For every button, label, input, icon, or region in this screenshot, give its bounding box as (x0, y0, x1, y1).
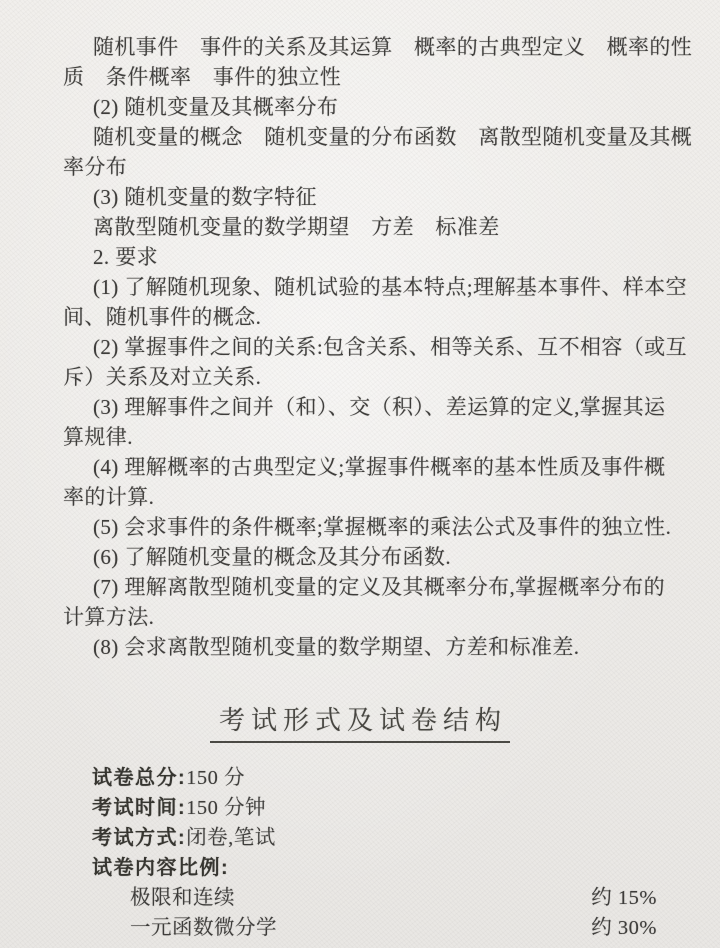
content-ratio-topic: 极限和连续 (130, 883, 235, 913)
body-line: 随机事件 事件的关系及其运算 概率的古典型定义 概率的性 (63, 32, 659, 62)
exam-info-label: 试卷总分: (92, 767, 186, 789)
exam-info-value: 闭卷,笔试 (186, 827, 276, 849)
body-line: (8) 会求离散型随机变量的数学期望、方差和标准差. (63, 632, 659, 662)
body-line: (7) 理解离散型随机变量的定义及其概率分布,掌握概率分布的 (63, 572, 659, 602)
exam-info-row: 考试方式:闭卷,笔试 (92, 823, 657, 853)
body-line: 率分布 (63, 152, 659, 182)
body-line: (4) 理解概率的古典型定义;掌握事件概率的基本性质及事件概 (63, 452, 659, 482)
body-line: 随机变量的概念 随机变量的分布函数 离散型随机变量及其概 (63, 122, 659, 152)
body-line: (5) 会求事件的条件概率;掌握概率的乘法公式及事件的独立性. (63, 512, 659, 542)
body-line: 质 条件概率 事件的独立性 (63, 62, 659, 92)
content-ratio-row: 一元函数微分学 约 30% (92, 913, 657, 943)
exam-info-value: 150 分钟 (186, 797, 266, 819)
body-line: (2) 掌握事件之间的关系:包含关系、相等关系、互不相容（或互 (63, 332, 659, 362)
body-line: 间、随机事件的概念. (63, 302, 659, 332)
body-line: (2) 随机变量及其概率分布 (63, 92, 659, 122)
exam-info-section: 试卷总分:150 分 考试时间:150 分钟 考试方式:闭卷,笔试 试卷内容比例… (92, 763, 657, 943)
body-line: 斥）关系及对立关系. (63, 362, 659, 392)
exam-info-row: 考试时间:150 分钟 (92, 793, 657, 823)
section-heading: 考试形式及试卷结构 (210, 700, 510, 743)
body-line: 率的计算. (63, 482, 659, 512)
exam-info-label: 考试方式: (92, 827, 186, 849)
section-heading-wrap: 考试形式及试卷结构 (0, 700, 720, 743)
content-ratio-row: 极限和连续 约 15% (92, 883, 657, 913)
exam-info-value: 150 分 (186, 767, 245, 789)
exam-info-row: 试卷总分:150 分 (92, 763, 657, 793)
body-line: 2. 要求 (63, 242, 659, 272)
body-line: 算规律. (63, 422, 659, 452)
body-line: (6) 了解随机变量的概念及其分布函数. (63, 542, 659, 572)
body-line: (1) 了解随机现象、随机试验的基本特点;理解基本事件、样本空 (63, 272, 659, 302)
exam-info-row: 试卷内容比例: (92, 853, 657, 883)
content-ratio-percent: 约 30% (591, 913, 657, 943)
body-line: 离散型随机变量的数学期望 方差 标准差 (63, 212, 659, 242)
body-line: (3) 随机变量的数字特征 (63, 182, 659, 212)
exam-info-label: 试卷内容比例: (92, 857, 229, 879)
exam-info-label: 考试时间: (92, 797, 186, 819)
body-line: 计算方法. (63, 602, 659, 632)
scanned-document-page: 随机事件 事件的关系及其运算 概率的古典型定义 概率的性 质 条件概率 事件的独… (0, 0, 720, 948)
syllabus-body: 随机事件 事件的关系及其运算 概率的古典型定义 概率的性 质 条件概率 事件的独… (63, 32, 659, 662)
body-line: (3) 理解事件之间并（和）、交（积）、差运算的定义,掌握其运 (63, 392, 659, 422)
content-ratio-percent: 约 15% (591, 883, 657, 913)
content-ratio-topic: 一元函数微分学 (130, 913, 277, 943)
